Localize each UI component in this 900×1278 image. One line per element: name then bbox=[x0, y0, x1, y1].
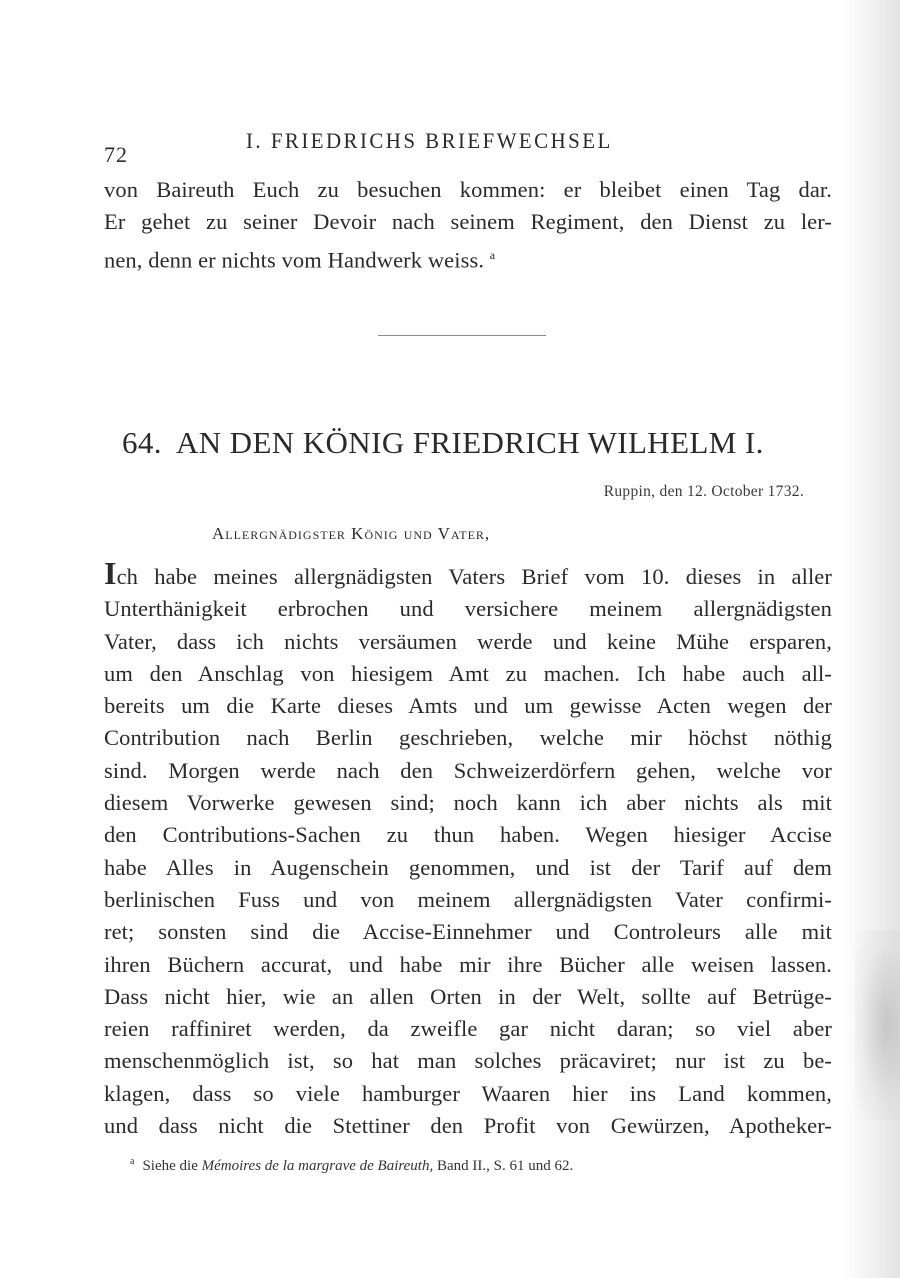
footnote: aSiehe die Mémoires de la margrave de Ba… bbox=[130, 1156, 573, 1175]
footnote-cited-title: Mémoires de la margrave de Baireuth bbox=[202, 1158, 430, 1174]
footnote-prefix: Siehe die bbox=[142, 1158, 201, 1174]
running-head: 72 I. FRIEDRICHS BRIEFWECHSEL bbox=[104, 128, 840, 168]
text-line-content: ch habe meines allergnädigsten Vaters Br… bbox=[117, 564, 832, 589]
letter-body: Ich habe meines allergnädigsten Vaters B… bbox=[104, 557, 832, 1142]
text-line: bereits um die Karte dieses Amts und um … bbox=[104, 690, 832, 722]
section-title: I. FRIEDRICHS BRIEFWECHSEL bbox=[246, 128, 613, 154]
text-line: Ich habe meines allergnädigsten Vaters B… bbox=[104, 557, 832, 593]
text-line: von Baireuth Euch zu besuchen kommen: er… bbox=[104, 174, 832, 206]
dateline: Ruppin, den 12. October 1732. bbox=[604, 483, 804, 501]
text-line: Vater, dass ich nichts versäumen werde u… bbox=[104, 626, 832, 658]
footnote-marker: a bbox=[130, 1156, 134, 1167]
drop-cap: I bbox=[104, 555, 117, 591]
text-line: Contribution nach Berlin geschrieben, we… bbox=[104, 722, 832, 754]
text-line: ret; sonsten sind die Accise-Einnehmer u… bbox=[104, 916, 832, 948]
letter-heading: 64.AN DEN KÖNIG FRIEDRICH WILHELM I. bbox=[122, 425, 822, 461]
text-line: ihren Büchern accurat, und habe mir ihre… bbox=[104, 949, 832, 981]
text-line: Er gehet zu seiner Devoir nach seinem Re… bbox=[104, 206, 832, 238]
text-line: um den Anschlag von hiesigem Amt zu mach… bbox=[104, 658, 832, 690]
text-line: und dass nicht die Stettiner den Profit … bbox=[104, 1110, 832, 1142]
page-stain bbox=[855, 930, 900, 1120]
text-line: berlinischen Fuss und von meinem allergn… bbox=[104, 884, 832, 916]
salutation: Allergnädigster König und Vater, bbox=[212, 524, 490, 544]
page-number: 72 bbox=[104, 142, 128, 168]
footnote-reference[interactable]: a bbox=[490, 248, 495, 262]
text-line: menschenmöglich ist, so hat man solches … bbox=[104, 1045, 832, 1077]
letter-title: AN DEN KÖNIG FRIEDRICH WILHELM I. bbox=[176, 425, 764, 460]
text-line: Unterthänigkeit erbrochen und versichere… bbox=[104, 593, 832, 625]
section-divider bbox=[378, 335, 546, 336]
text-line: den Contributions-Sachen zu thun haben. … bbox=[104, 819, 832, 851]
text-line: klagen, dass so viele hamburger Waaren h… bbox=[104, 1078, 832, 1110]
text-line: reien raffiniret werden, da zweifle gar … bbox=[104, 1013, 832, 1045]
text-line: Dass nicht hier, wie an allen Orten in d… bbox=[104, 981, 832, 1013]
letter-number: 64. bbox=[122, 425, 162, 460]
text-line-content: nen, denn er nichts vom Handwerk weiss. bbox=[104, 247, 484, 272]
continuation-paragraph: von Baireuth Euch zu besuchen kommen: er… bbox=[104, 174, 832, 276]
footnote-suffix: , Band II., S. 61 und 62. bbox=[429, 1158, 573, 1174]
text-line: habe Alles in Augenschein genommen, und … bbox=[104, 852, 832, 884]
text-line: nen, denn er nichts vom Handwerk weiss. … bbox=[104, 239, 832, 277]
text-line: sind. Morgen werde nach den Schweizerdör… bbox=[104, 755, 832, 787]
text-line: diesem Vorwerke gewesen sind; noch kann … bbox=[104, 787, 832, 819]
